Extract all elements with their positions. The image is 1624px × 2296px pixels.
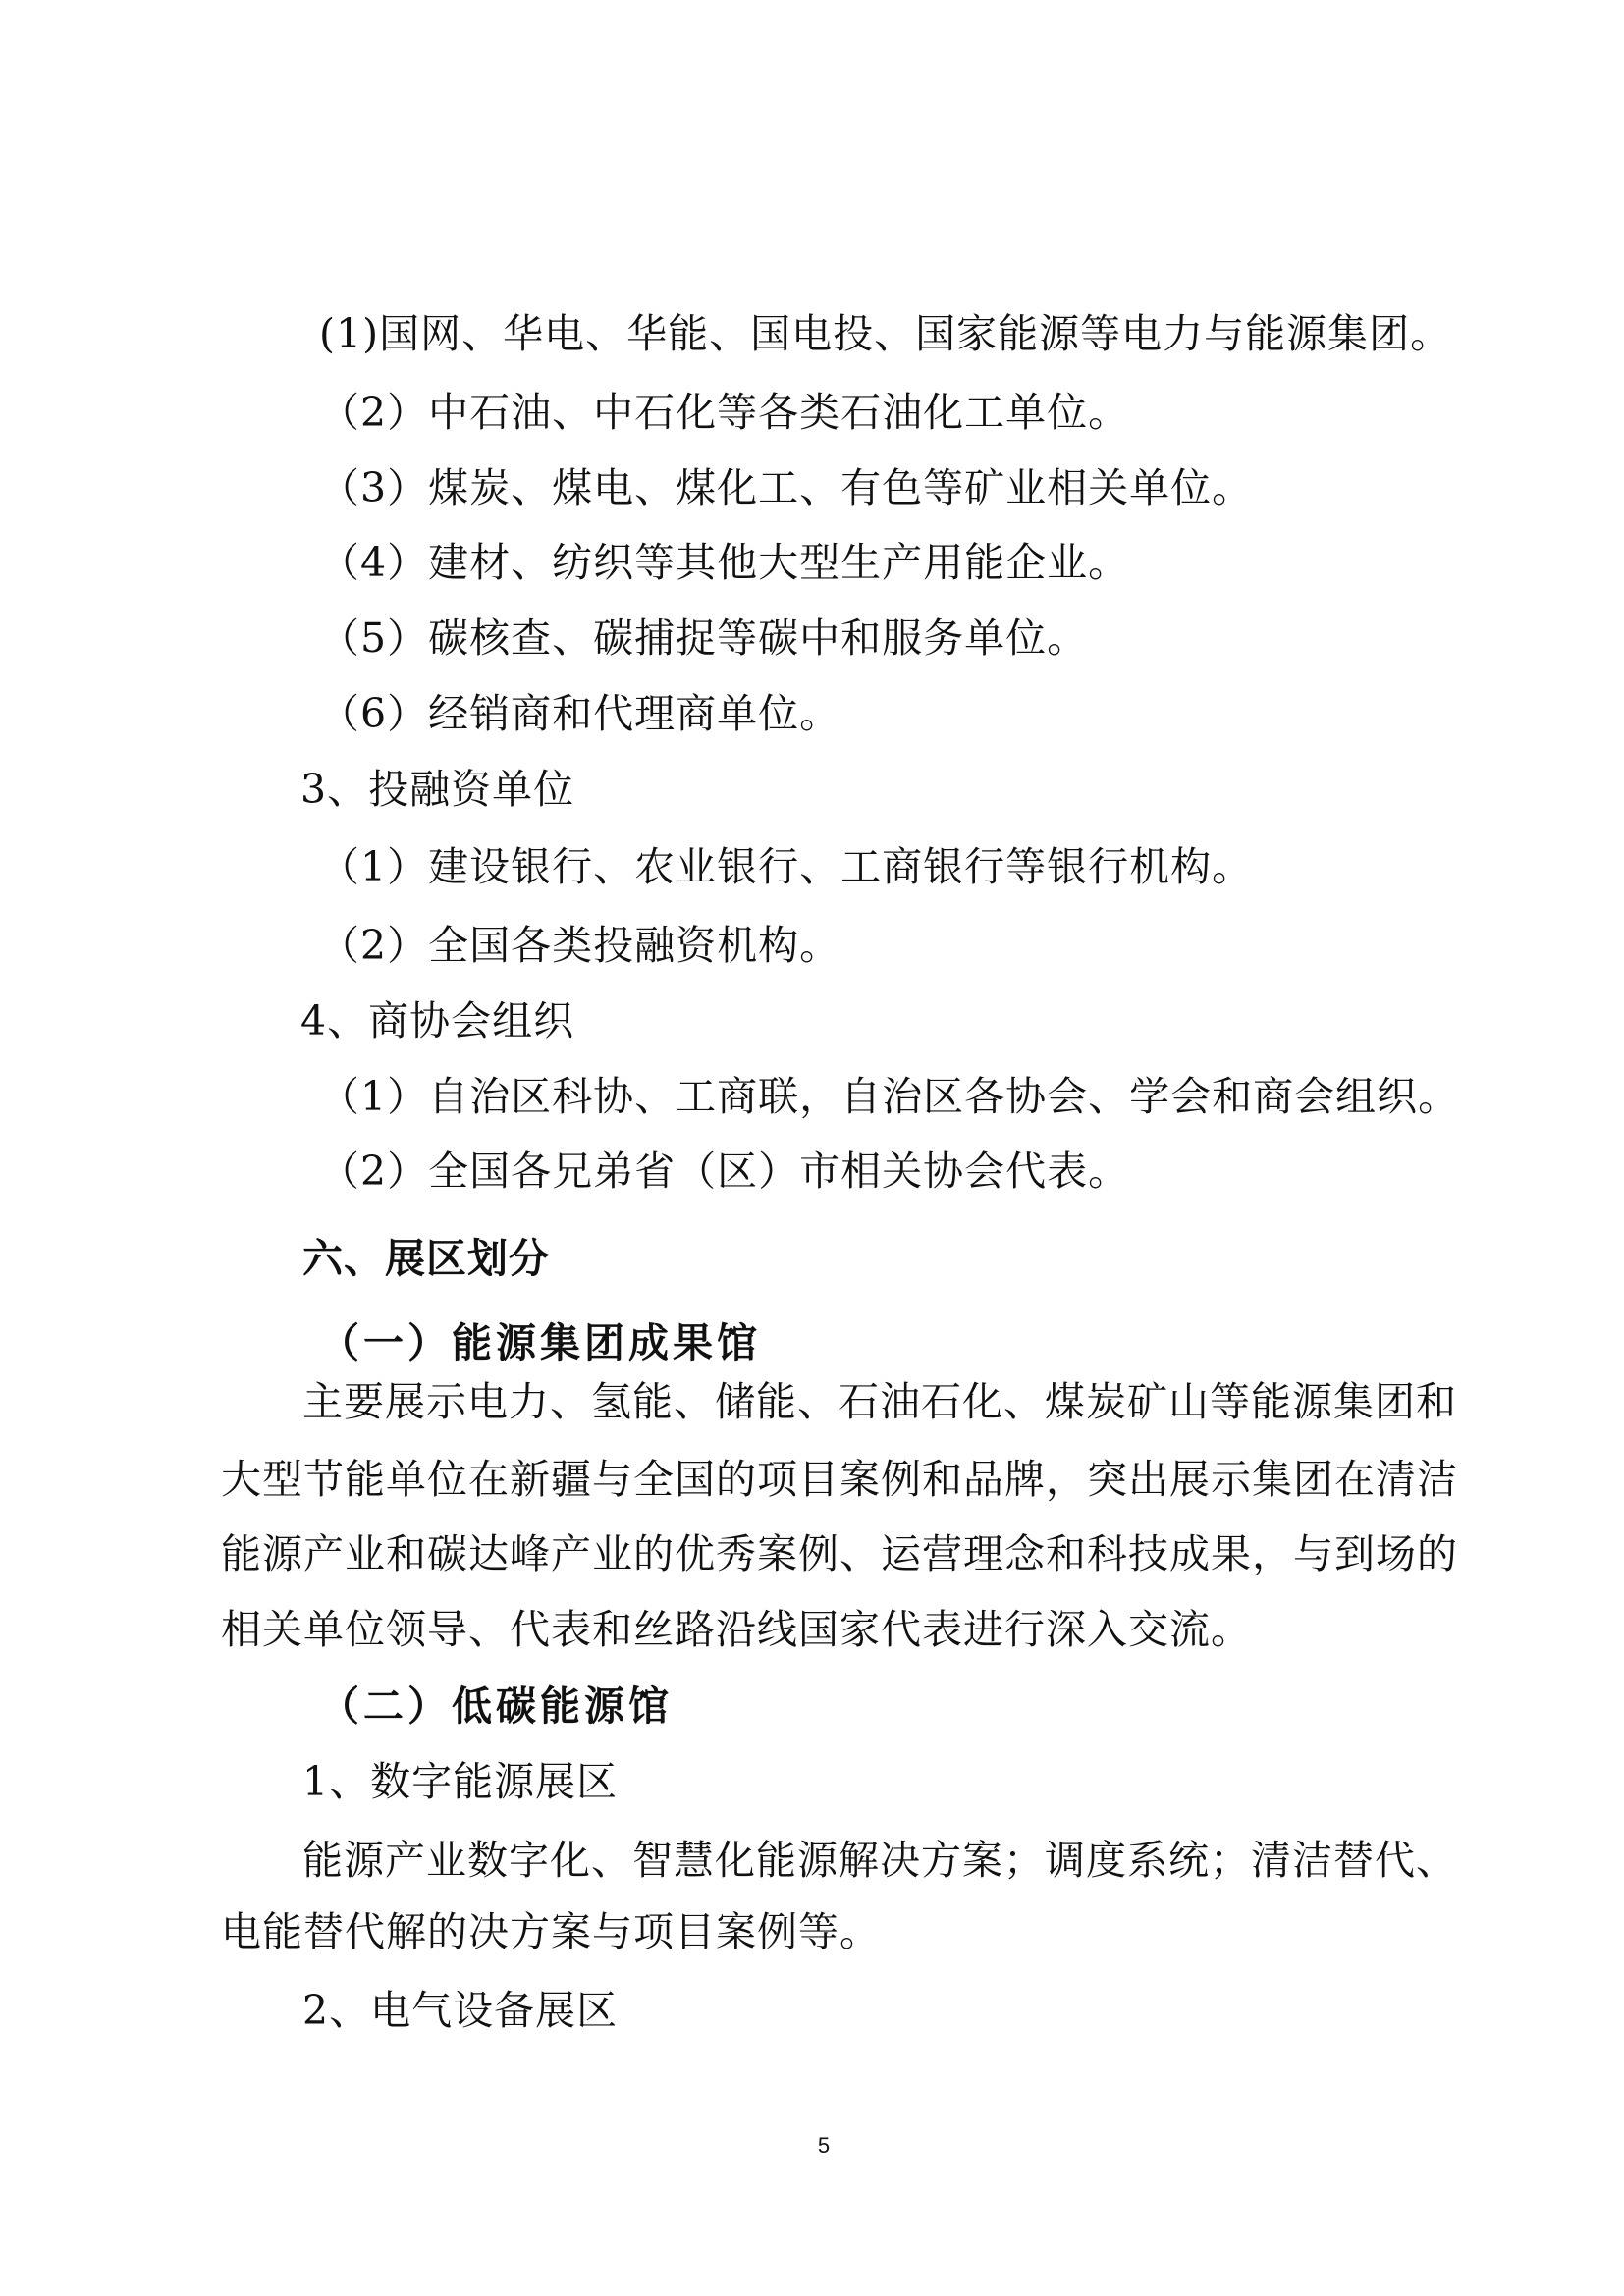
zone-1-paragraph-line: 能源产业数字化、智慧化能源解决方案；调度系统；清洁替代、 (302, 1836, 1426, 1885)
list-item-national-associations: （2）全国各兄弟省（区）市相关协会代表。 (319, 1147, 1129, 1196)
hall-heading-energy-groups: （一）能源集团成果馆 (319, 1318, 761, 1367)
hall-1-paragraph-line: 大型节能单位在新疆与全国的项目案例和品牌，突出展示集团在清洁 (221, 1455, 1426, 1504)
list-item-petrochemical: （2）中石油、中石化等各类石油化工单位。 (319, 388, 1129, 437)
list-item-regional-associations: （1）自治区科协、工商联，自治区各协会、学会和商会组织。 (319, 1072, 1459, 1121)
list-item-banks: （1）建设银行、农业银行、工商银行等银行机构。 (319, 842, 1253, 891)
document-page: (1)国网、华电、华能、国电投、国家能源等电力与能源集团。 （2）中石油、中石化… (0, 0, 1624, 2296)
hall-1-paragraph-line: 主要展示电力、氢能、储能、石油石化、煤炭矿山等能源集团和 (302, 1377, 1426, 1426)
list-item-investment-institutions: （2）全国各类投融资机构。 (319, 921, 840, 970)
zone-heading-electrical-equipment: 2、电气设备展区 (302, 1986, 618, 2035)
list-item-distributors: （6）经销商和代理商单位。 (319, 689, 840, 738)
page-number: 5 (809, 2132, 839, 2160)
hall-heading-low-carbon: （二）低碳能源馆 (319, 1682, 673, 1731)
zone-1-paragraph-line: 电能替代解的决方案与项目案例等。 (221, 1907, 881, 1956)
section-heading-investment: 3、投融资单位 (300, 765, 574, 814)
section-heading-associations: 4、商协会组织 (300, 996, 574, 1045)
list-item-mining: （3）煤炭、煤电、煤化工、有色等矿业相关单位。 (319, 463, 1253, 512)
list-item-carbon-services: （5）碳核查、碳捕捉等碳中和服务单位。 (319, 614, 1088, 663)
list-item-energy-groups: (1)国网、华电、华能、国电投、国家能源等电力与能源集团。 (319, 309, 1451, 358)
hall-1-paragraph-line: 相关单位领导、代表和丝路沿线国家代表进行深入交流。 (221, 1605, 1252, 1654)
hall-1-paragraph-line: 能源产业和碳达峰产业的优秀案例、运营理念和科技成果，与到场的 (221, 1529, 1426, 1578)
list-item-building-textile: （4）建材、纺织等其他大型生产用能企业。 (319, 538, 1129, 587)
chapter-heading-exhibition-zones: 六、展区划分 (302, 1234, 550, 1283)
zone-heading-digital-energy: 1、数字能源展区 (302, 1757, 618, 1806)
